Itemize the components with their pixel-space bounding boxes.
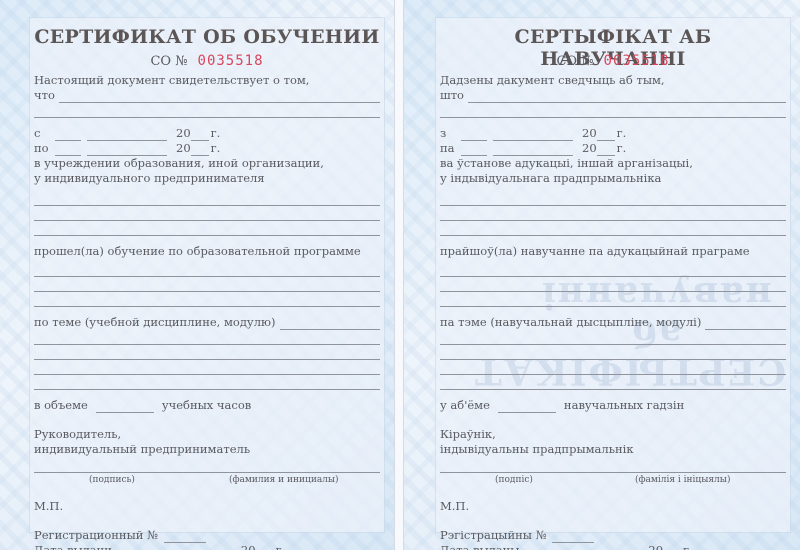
topic-field-line-3[interactable] <box>34 345 380 360</box>
serial-number: СО №0035518 <box>34 53 380 73</box>
head-label-2: індывідуальны прадпрымальнік <box>440 442 786 457</box>
institution-label-1: ва ўстанове адукацыі, іншай арганізацыі, <box>440 156 786 171</box>
registration-number-field[interactable]: Регистрационный № <box>34 528 380 543</box>
institution-field-line-1[interactable] <box>440 186 786 206</box>
institution-field-line-3[interactable] <box>34 221 380 236</box>
hours-field[interactable]: у аб'ёменавучальных гадзін <box>440 398 786 413</box>
topic-field-line-3[interactable] <box>440 345 786 360</box>
end-date-field[interactable]: па20г. <box>440 141 786 156</box>
program-field-line-3[interactable] <box>440 292 786 307</box>
recipient-field[interactable]: что <box>34 88 380 103</box>
start-date-field[interactable]: с20г. <box>34 126 380 141</box>
recipient-field-line-2[interactable] <box>34 103 380 118</box>
institution-field-line-2[interactable] <box>440 206 786 221</box>
form-panel: СЕРТИФИКАТ ОБ ОБУЧЕНИИ СО №0035518 Насто… <box>30 18 384 532</box>
serial-prefix: СО № <box>556 54 593 69</box>
recipient-field[interactable]: што <box>440 88 786 103</box>
caption-signature: (подпись) <box>89 475 229 489</box>
certificate-title: СЕРТИФИКАТ ОБ ОБУЧЕНИИ <box>34 26 380 52</box>
certificate-spread: СЕРТИФИКАТ ОБ ОБУЧЕНИИ СО №0035518 Насто… <box>0 0 800 550</box>
caption-signature: (подпіс) <box>495 475 635 489</box>
program-field-line-3[interactable] <box>34 292 380 307</box>
intro-text: Дадзены дакумент сведчыць аб тым, <box>440 73 786 88</box>
caption-name: (фамилия и инициалы) <box>229 475 339 489</box>
topic-field-line-4[interactable] <box>34 360 380 375</box>
left-page-russian: СЕРТИФИКАТ ОБ ОБУЧЕНИИ СО №0035518 Насто… <box>0 0 394 550</box>
serial-prefix: СО № <box>150 54 187 69</box>
head-label-2: индивидуальный предприниматель <box>34 442 380 457</box>
institution-label-1: в учреждении образования, иной организац… <box>34 156 380 171</box>
institution-label-2: у индивидуального предпринимателя <box>34 171 380 186</box>
intro-text: Настоящий документ свидетельствует о том… <box>34 73 380 88</box>
topic-field-line-5[interactable] <box>440 375 786 390</box>
topic-field-line-5[interactable] <box>34 375 380 390</box>
hours-field[interactable]: в объемеучебных часов <box>34 398 380 413</box>
program-label: прайшоў(ла) навучанне па адукацыйнай пра… <box>440 244 786 259</box>
topic-field-line-4[interactable] <box>440 360 786 375</box>
serial-number-value: 0035518 <box>198 53 264 69</box>
certificate-title: СЕРТЫФІКАТ АБ НАВУЧАННІ <box>440 26 786 52</box>
registration-number-field[interactable]: Рэгістрацыйны № <box>440 528 786 543</box>
seal-label: М.П. <box>440 499 786 514</box>
issue-date-field[interactable]: Дата выдачи20г. <box>34 543 380 550</box>
program-field-line-1[interactable] <box>34 259 380 277</box>
institution-field-line-1[interactable] <box>34 186 380 206</box>
topic-field[interactable]: по теме (учебной дисциплине, модулю) <box>34 315 380 330</box>
serial-number-value: 0035518 <box>604 53 670 69</box>
form-panel: СЕРТЫФІКАТаб навучанні СЕРТЫФІКАТ АБ НАВ… <box>436 18 790 532</box>
caption-name: (фамілія і ініцыялы) <box>635 475 730 489</box>
program-field-line-2[interactable] <box>440 277 786 292</box>
signature-line[interactable] <box>440 457 786 473</box>
signature-line[interactable] <box>34 457 380 473</box>
program-field-line-2[interactable] <box>34 277 380 292</box>
topic-field-line-2[interactable] <box>440 330 786 345</box>
seal-label: М.П. <box>34 499 380 514</box>
signature-captions: (подпись)(фамилия и инициалы) <box>34 475 380 489</box>
recipient-field-line-2[interactable] <box>440 103 786 118</box>
page-gutter <box>394 0 404 550</box>
head-label-1: Руководитель, <box>34 427 380 442</box>
topic-field-line-2[interactable] <box>34 330 380 345</box>
institution-field-line-3[interactable] <box>440 221 786 236</box>
end-date-field[interactable]: по20г. <box>34 141 380 156</box>
program-field-line-1[interactable] <box>440 259 786 277</box>
institution-field-line-2[interactable] <box>34 206 380 221</box>
topic-field[interactable]: па тэме (навучальнай дысцыпліне, модулі) <box>440 315 786 330</box>
program-label: прошел(ла) обучение по образовательной п… <box>34 244 380 259</box>
issue-date-field[interactable]: Дата выдачы20г. <box>440 543 786 550</box>
head-label-1: Кіраўнік, <box>440 427 786 442</box>
institution-label-2: у індывідуальнага прадпрымальніка <box>440 171 786 186</box>
serial-number: СО №0035518 <box>440 53 786 73</box>
start-date-field[interactable]: з20г. <box>440 126 786 141</box>
signature-captions: (подпіс)(фамілія і ініцыялы) <box>440 475 786 489</box>
right-page-belarusian: СЕРТЫФІКАТаб навучанні СЕРТЫФІКАТ АБ НАВ… <box>404 0 800 550</box>
